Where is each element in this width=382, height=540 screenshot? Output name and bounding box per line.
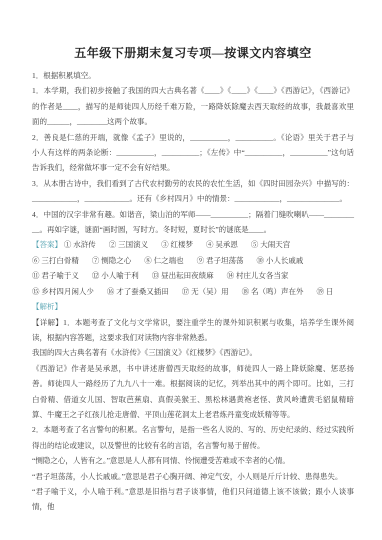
analysis-paragraph-2: 我国的四大古典名著有《水浒传》《三国演义》《红楼梦》《西游记》。	[32, 345, 354, 360]
analysis-paragraph-7: “君子喻于义，小人喻于利。”意思是旧指与君子谈事情，他们只问道德上该不该做；跟小…	[32, 484, 354, 515]
answer-item: ⑩ 小人长戚戚	[257, 253, 304, 268]
answer-tag: 【答案】	[32, 240, 62, 249]
answer-item: ⑭ 村庄儿女各当家	[227, 268, 289, 283]
analysis-text-1: 1．本题考查了文化与文学常识，要注重学生的课外知识积累与收集，培养学生课外阅读，…	[32, 318, 354, 342]
answer-item: ⑪ 君子喻于义	[32, 268, 79, 283]
analysis-paragraph-5: “恻隐之心，人皆有之。”意思是人人都有同情、怜悯遭受苦难或不幸者的心情。	[32, 453, 354, 468]
question-4: 4．中国的汉字非常有趣。如谐音，梁山泊的军师——__________；隔着门缝吹…	[32, 207, 354, 238]
analysis-paragraph-4: 2．本题考查了名言警句的积累。名言警句，是指一些名人说的、写的、历史纪录的、经过…	[32, 422, 354, 453]
answer-item: ⑫ 小人喻于利	[92, 268, 139, 283]
section-heading: 1．根据积累填空。	[32, 68, 354, 83]
detail-tag: 【详解】	[32, 318, 63, 327]
question-1: 1．本学期，我们初步接触了我国的四大古典名著《____》《____》《____》…	[32, 83, 354, 129]
answer-item: ⑦ 恻隐之心	[92, 253, 131, 268]
answer-items: ① 水浒传② 三国演义③ 红楼梦④ 吴承恩⑤ 大闹天宫⑥ 三打白骨精⑦ 恻隐之心…	[32, 240, 333, 295]
answer-item: ① 水浒传	[64, 237, 96, 252]
page-content: 五年级下册期末复习专项—按课文内容填空 1．根据积累填空。 1．本学期，我们初步…	[32, 44, 354, 515]
document-page: 五年级下册期末复习专项—按课文内容填空 1．根据积累填空。 1．本学期，我们初步…	[0, 0, 382, 540]
answer-item: ⑤ 大闹天宫	[251, 237, 290, 252]
analysis-tag: 【解析】	[32, 302, 62, 311]
question-2: 2．善良是仁慈的开端，就像《孟子》里说的，__________，________…	[32, 130, 354, 176]
analysis-paragraph-3: 《西游记》作者是吴承恩，书中讲述唐僧西天取经的故事，师徒四人一路上降妖除魔、惩恶…	[32, 361, 354, 423]
answer-item: ⑮ 乡村四月闲人少	[32, 284, 94, 299]
answer-item: ⑥ 三打白骨精	[32, 253, 79, 268]
analysis-paragraph-1: 【详解】1．本题考查了文化与文学常识，要注重学生的课外知识积累与收集，培养学生课…	[32, 315, 354, 346]
answer-item: ⑲ 日	[317, 284, 334, 299]
analysis-heading: 【解析】	[32, 299, 354, 314]
answer-item: ⑨ 君子坦荡荡	[197, 253, 244, 268]
page-title: 五年级下册期末复习专项—按课文内容填空	[32, 44, 354, 61]
question-3: 3．从本册古诗中，我们看到了古代农村勤劳的农民的农忙生活，如《四时田园杂兴》中描…	[32, 176, 354, 207]
answer-block: 【答案】 ① 水浒传② 三国演义③ 红楼梦④ 吴承恩⑤ 大闹天宫⑥ 三打白骨精⑦…	[32, 237, 354, 299]
analysis-paragraph-6: “君子坦荡荡，小人长戚戚。”意思是君子心胸开阔、神定气安，小人则是斤斤计较、患得…	[32, 469, 354, 484]
answer-item: ⑰ 无（吴）用	[182, 284, 229, 299]
answer-item: ② 三国演义	[109, 237, 148, 252]
answer-item: ③ 红楼梦	[161, 237, 193, 252]
answer-item: ⑯ 才了蚕桑又插田	[107, 284, 169, 299]
answer-item: ⑱ 名（鸣）声在外	[242, 284, 304, 299]
answer-item: ④ 吴承恩	[206, 237, 238, 252]
answer-item: ⑬ 昼出耘田夜绩麻	[152, 268, 214, 283]
answer-item: ⑧ 仁之端也	[144, 253, 183, 268]
